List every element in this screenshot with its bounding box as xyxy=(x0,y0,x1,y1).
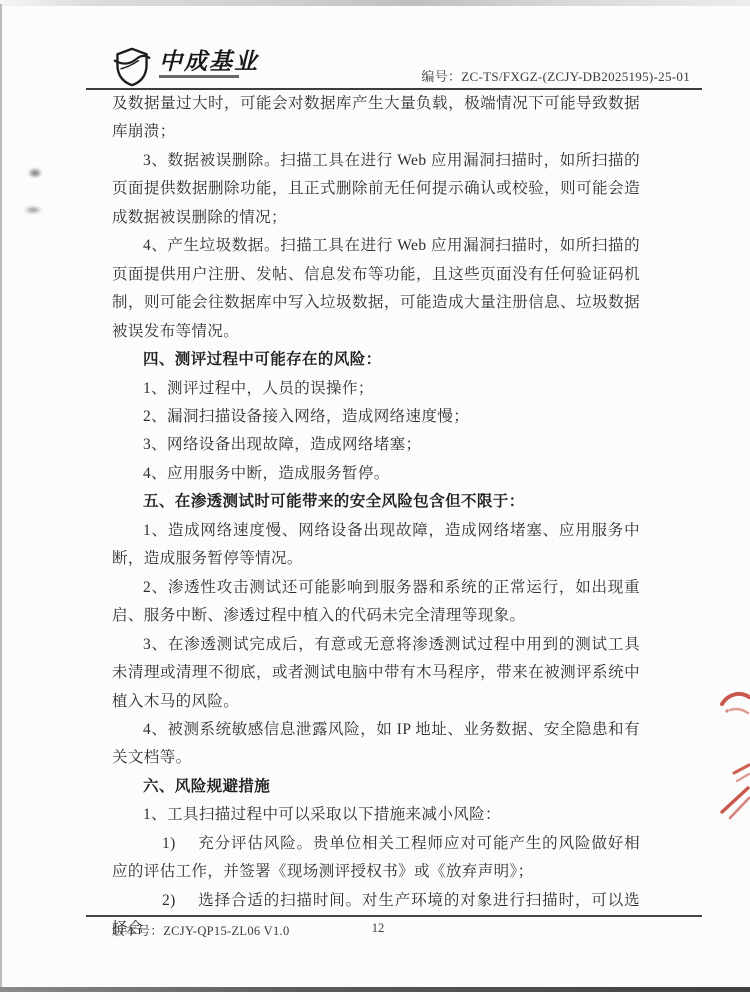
section-heading: 四、测评过程中可能存在的风险： xyxy=(112,346,640,374)
list-item: 4、应用服务中断，造成服务暂停。 xyxy=(112,460,640,488)
sub-item-marker: 2) xyxy=(162,892,176,909)
list-item: 1、工具扫描过程中可以采取以下措施来减小风险： xyxy=(112,801,640,829)
paragraph: 4、产生垃圾数据。扫描工具在进行 Web 应用漏洞扫描时，如所扫描的页面提供用户… xyxy=(112,232,640,346)
scan-smudge xyxy=(28,168,42,178)
scan-edge-bottom xyxy=(0,987,750,992)
section-heading: 六、风险规避措施 xyxy=(112,773,640,801)
scanned-document-page: 中成基业 编号：ZC-TS/FXGZ-(ZCJY-DB2025195)-25-0… xyxy=(0,0,750,1000)
sub-list-item: 1)充分评估风险。贵单位相关工程师应对可能产生的风险做好相应的评估工作，并签署《… xyxy=(112,830,640,887)
scan-edge-left xyxy=(0,4,2,990)
scan-smudge xyxy=(24,206,42,214)
list-item: 4、被测系统敏感信息泄露风险，如 IP 地址、业务数据、安全隐患和有关文档等。 xyxy=(112,716,640,773)
list-item: 2、漏洞扫描设备接入网络，造成网络速度慢； xyxy=(112,403,640,431)
paragraph: 及数据量过大时，可能会对数据库产生大量负载，极端情况下可能导致数据库崩溃； xyxy=(112,90,640,147)
footer-page-number: 12 xyxy=(358,921,398,936)
footer-divider xyxy=(86,915,702,917)
document-number: 编号：ZC-TS/FXGZ-(ZCJY-DB2025195)-25-01 xyxy=(290,66,690,85)
list-item: 3、网络设备出现故障，造成网络堵塞； xyxy=(112,431,640,459)
document-number-label: 编号： xyxy=(421,69,461,84)
list-item: 1、测评过程中，人员的误操作； xyxy=(112,375,640,403)
section-heading: 五、在渗透测试时可能带来的安全风险包含但不限于： xyxy=(112,488,640,516)
red-ink-mark xyxy=(718,688,750,724)
sub-item-text: 充分评估风险。贵单位相关工程师应对可能产生的风险做好相应的评估工作，并签署《现场… xyxy=(112,835,640,880)
red-ink-mark xyxy=(714,786,750,824)
document-body: 及数据量过大时，可能会对数据库产生大量负载，极端情况下可能导致数据库崩溃； 3、… xyxy=(112,90,640,944)
footer-version-label: 版本号： xyxy=(112,924,163,938)
paragraph: 3、数据被误删除。扫描工具在进行 Web 应用漏洞扫描时，如所扫描的页面提供数据… xyxy=(112,147,640,232)
list-item: 2、渗透性攻击测试还可能影响到服务器和系统的正常运行，如出现重启、服务中断、渗透… xyxy=(112,574,640,631)
scan-edge-top xyxy=(0,0,750,6)
list-item: 3、在渗透测试完成后，有意或无意将渗透测试过程中用到的测试工具未清理或清理不彻底… xyxy=(112,631,640,716)
footer-version: 版本号：ZCJY-QP15-ZL06 V1.0 xyxy=(112,921,290,939)
logo-shield-icon xyxy=(113,47,151,92)
footer-version-value: ZCJY-QP15-ZL06 V1.0 xyxy=(163,924,289,938)
logo-english-subtext xyxy=(159,75,239,78)
document-number-value: ZC-TS/FXGZ-(ZCJY-DB2025195)-25-01 xyxy=(461,69,690,84)
sub-item-marker: 1) xyxy=(162,835,176,852)
logo-company-name: 中成基业 xyxy=(159,49,259,73)
company-logo: 中成基业 xyxy=(113,47,259,92)
list-item: 1、造成网络速度慢、网络设备出现故障，造成网络堵塞、应用服务中断，造成服务暂停等… xyxy=(112,517,640,574)
